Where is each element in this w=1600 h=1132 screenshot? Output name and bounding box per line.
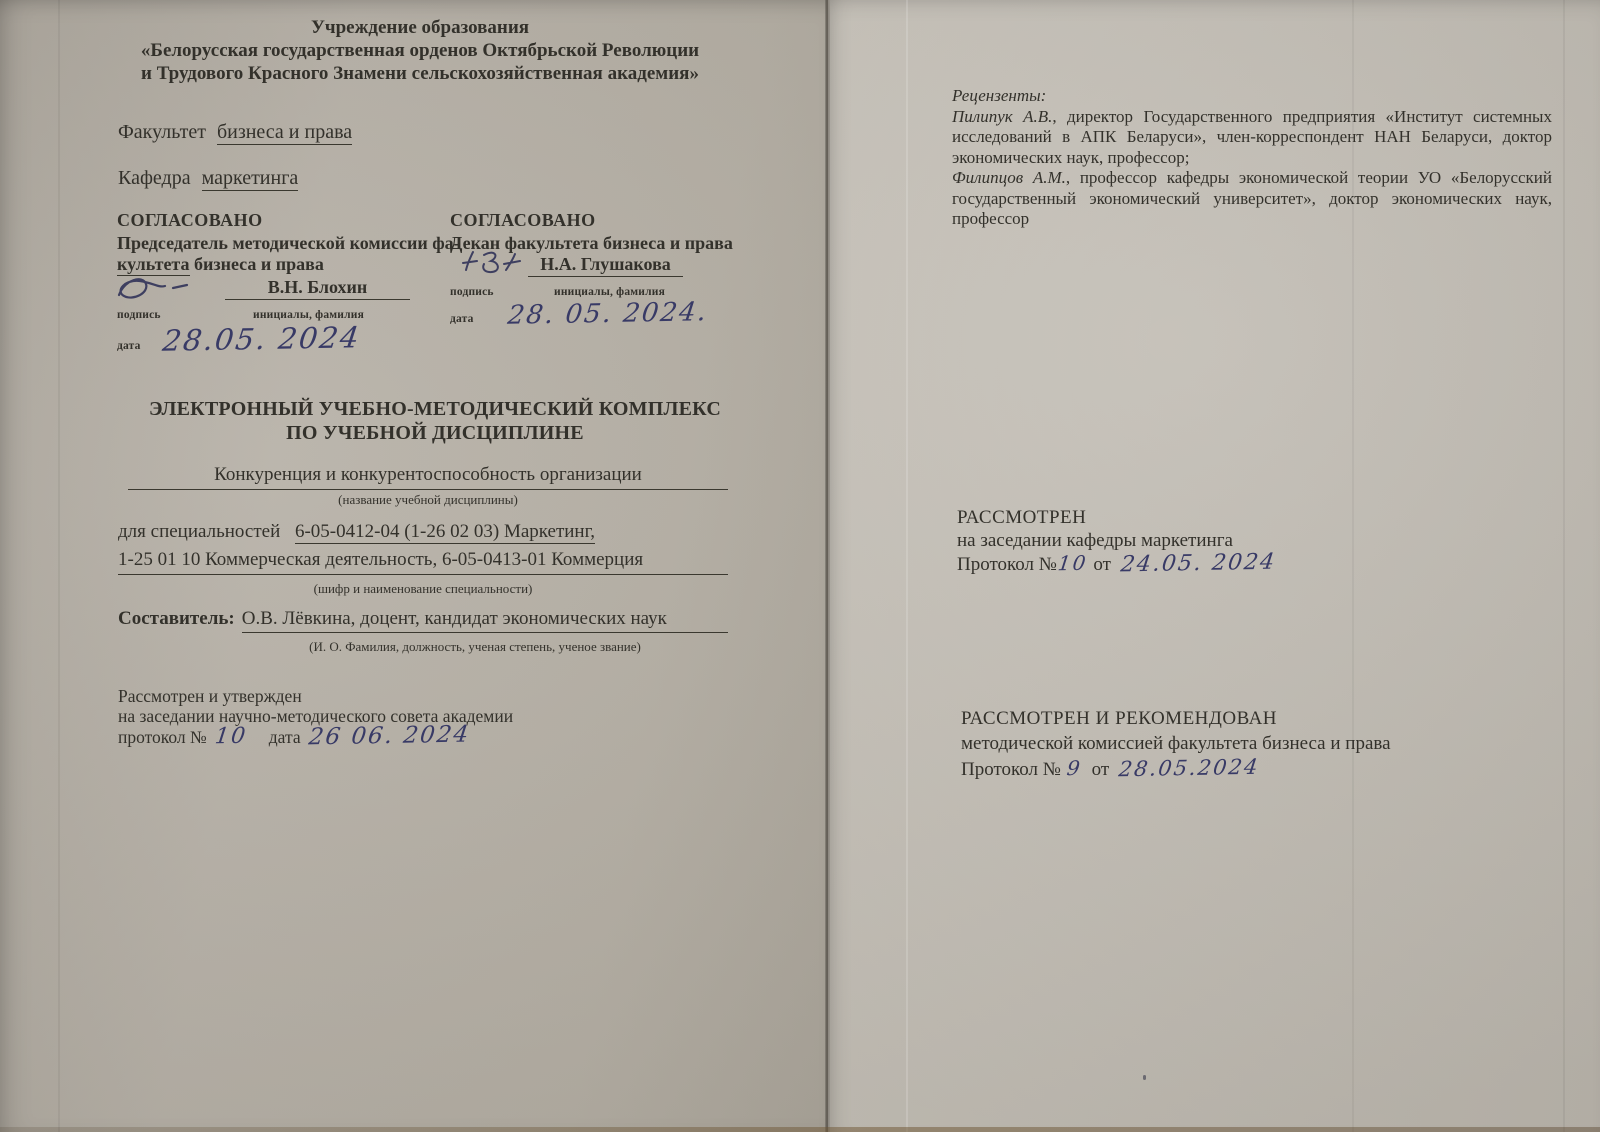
approved-block: Рассмотрен и утвержден на заседании науч… xyxy=(118,686,513,747)
institution-header: Учреждение образования «Белорусская госу… xyxy=(64,16,776,85)
faculty-line: Факультет бизнеса и права xyxy=(118,120,352,144)
reviewer-2: Филипцов А.М., профессор кафедры экономи… xyxy=(952,168,1552,230)
approved-line1: Рассмотрен и утвержден xyxy=(118,686,513,706)
agreed-block-left: СОГЛАСОВАНО Председатель методической ко… xyxy=(117,210,447,357)
compiler-line: Составитель: О.В. Лёвкина, доцент, канди… xyxy=(118,608,728,633)
institution-line1: Учреждение образования xyxy=(64,16,776,39)
agreed-left-name: В.Н. Блохин xyxy=(225,277,410,300)
approved-date-handwritten: 26 06. 2024 xyxy=(307,725,471,748)
department-value: маркетинга xyxy=(202,167,299,191)
scanned-document: Учреждение образования «Белорусская госу… xyxy=(0,0,1600,1132)
agreed-left-date-handwritten: 28.05. 2024 xyxy=(161,327,361,351)
agreed-left-role2-rest: бизнеса и права xyxy=(190,254,324,274)
considered-protocol-row: Протокол № 10 от 24.05. 2024 xyxy=(957,552,1276,576)
reviewers-title: Рецензенты: xyxy=(952,86,1552,107)
compiler-value: О.В. Лёвкина, доцент, кандидат экономиче… xyxy=(242,608,728,633)
agreed-left-captions: подпись инициалы, фамилия xyxy=(117,305,447,323)
considered-line2: на заседании кафедры маркетинга xyxy=(957,529,1276,552)
specialties-line2: 1-25 01 10 Коммерческая деятельность, 6-… xyxy=(118,549,728,575)
agreed-left-role1: Председатель методической комиссии фа- xyxy=(117,233,447,254)
agreed-left-date-row: дата 28.05. 2024 xyxy=(117,329,447,357)
agreed-block-right: СОГЛАСОВАНО Декан факультета бизнеса и п… xyxy=(450,210,750,330)
discipline-name: Конкуренция и конкурентоспособность орга… xyxy=(128,464,728,490)
main-title-line2: ПО УЧЕБНОЙ ДИСЦИПЛИНЕ xyxy=(60,421,810,445)
specialties-line1: для специальностей 6-05-0412-04 (1-26 02… xyxy=(118,521,595,543)
department-label: Кафедра xyxy=(118,167,191,189)
considered-protocol-number: 10 xyxy=(1056,552,1088,576)
agreed-left-sign-caption: подпись xyxy=(117,305,161,326)
specialties-line1-value: 6-05-0412-04 (1-26 02 03) Маркетинг, xyxy=(295,521,595,544)
main-title-line1: ЭЛЕКТРОННЫЙ УЧЕБНО-МЕТОДИЧЕСКИЙ КОМПЛЕКС xyxy=(60,397,810,421)
considered-block: РАССМОТРЕН на заседании кафедры маркетин… xyxy=(957,506,1276,576)
considered-protocol-label: Протокол № xyxy=(957,553,1057,576)
considered-line1: РАССМОТРЕН xyxy=(957,506,1276,529)
recommended-protocol-row: Протокол № 9 от 28.05.2024 xyxy=(961,756,1391,782)
agreed-right-date-row: дата 28. 05. 2024. xyxy=(450,304,750,330)
paper-crease xyxy=(906,0,908,1132)
reverse-page: Рецензенты: Пилипук А.В., директор Госуд… xyxy=(830,0,1600,1132)
recommended-protocol-label: Протокол № xyxy=(961,757,1061,782)
recommended-block: РАССМОТРЕН И РЕКОМЕНДОВАН методической к… xyxy=(961,706,1391,782)
agreed-right-sign-caption: подпись xyxy=(450,282,494,303)
signature-scribble-icon xyxy=(460,248,530,280)
paper-crease xyxy=(58,0,60,1132)
title-page: Учреждение образования «Белорусская госу… xyxy=(0,0,828,1132)
specialties-label: для специальностей xyxy=(118,521,280,542)
compiler-caption: (И. О. Фамилия, должность, ученая степен… xyxy=(240,639,710,655)
discipline-caption: (название учебной дисциплины) xyxy=(128,492,728,508)
main-title: ЭЛЕКТРОННЫЙ УЧЕБНО-МЕТОДИЧЕСКИЙ КОМПЛЕКС… xyxy=(60,397,810,445)
specialties-caption: (шифр и наименование специальности) xyxy=(118,581,728,597)
recommended-line1: РАССМОТРЕН И РЕКОМЕНДОВАН xyxy=(961,706,1391,731)
agreed-left-date-label: дата xyxy=(117,336,141,357)
reviewers-block: Рецензенты: Пилипук А.В., директор Госуд… xyxy=(952,86,1552,230)
institution-line3: и Трудового Красного Знамени сельскохозя… xyxy=(64,62,776,85)
agreed-right-name: Н.А. Глушакова xyxy=(528,254,683,277)
institution-line2: «Белорусская государственная орденов Окт… xyxy=(64,39,776,62)
approved-date-label: дата xyxy=(269,727,301,747)
reviewer-1-name: Пилипук А.В. xyxy=(952,107,1052,126)
faculty-value: бизнеса и права xyxy=(217,121,352,145)
paper-crease xyxy=(1563,0,1565,1132)
recommended-from-label: от xyxy=(1092,757,1110,782)
desk-edge xyxy=(0,1127,1600,1132)
approved-protocol-label: протокол № xyxy=(118,727,207,747)
considered-from-label: от xyxy=(1093,553,1111,576)
department-line: Кафедра маркетинга xyxy=(118,166,298,190)
ink-speck xyxy=(1143,1075,1146,1080)
reviewer-1: Пилипук А.В., директор Государственного … xyxy=(952,107,1552,169)
considered-date-handwritten: 24.05. 2024 xyxy=(1119,551,1277,577)
signature-scribble-icon xyxy=(113,271,205,305)
agreed-left-title: СОГЛАСОВАНО xyxy=(117,210,447,231)
agreed-left-signature-row: В.Н. Блохин xyxy=(117,275,447,305)
agreed-right-signature-row: Н.А. Глушакова xyxy=(450,254,750,282)
approved-protocol-number: 10 xyxy=(213,727,248,748)
compiler-label: Составитель: xyxy=(118,608,235,630)
approved-protocol-row: протокол № 10 дата 26 06. 2024 xyxy=(118,726,513,747)
faculty-label: Факультет xyxy=(118,121,206,143)
recommended-line2: методической комиссией факультета бизнес… xyxy=(961,731,1391,756)
recommended-protocol-number: 9 xyxy=(1065,756,1083,781)
page-seam xyxy=(825,0,830,1132)
agreed-right-date-handwritten: 28. 05. 2024. xyxy=(506,302,709,326)
agreed-right-title: СОГЛАСОВАНО xyxy=(450,210,750,231)
reviewer-2-name: Филипцов А.М. xyxy=(952,168,1066,187)
agreed-right-date-label: дата xyxy=(450,309,474,330)
recommended-date-handwritten: 28.05.2024 xyxy=(1118,755,1262,782)
